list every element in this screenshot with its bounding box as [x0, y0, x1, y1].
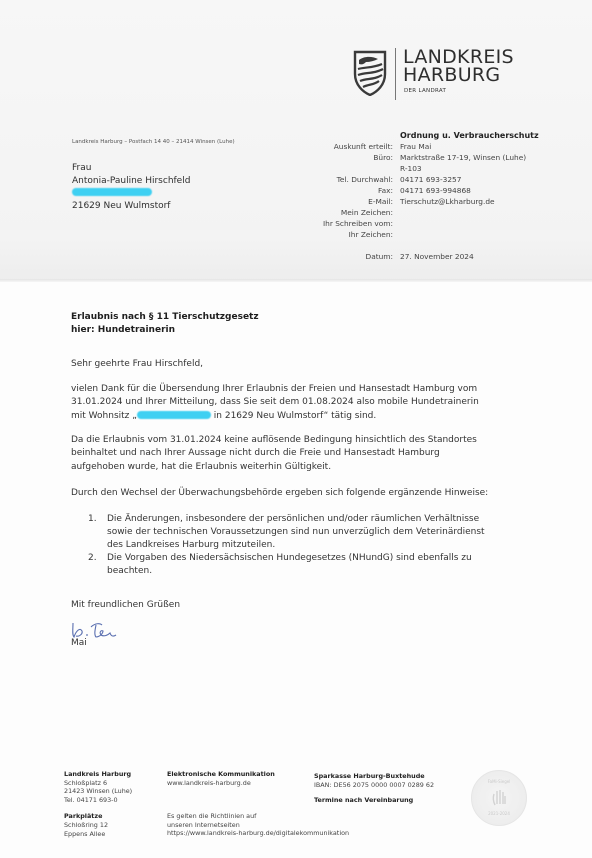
recipient-name: Antonia-Pauline Hirschfeld	[72, 176, 190, 186]
paragraph-1: vielen Dank für die Übersendung Ihrer Er…	[71, 383, 591, 423]
notes-list: 1. Die Änderungen, insbesondere der pers…	[88, 513, 588, 578]
info-row: E-Mail:Tierschutz@Lkharburg.de	[230, 197, 592, 206]
greeting: Sehr geehrte Frau Hirschfeld,	[71, 358, 203, 371]
info-label: Tel. Durchwahl:	[230, 175, 393, 184]
digital-communication-link[interactable]: https://www.landkreis-harburg.de/digital…	[167, 829, 349, 838]
footer-address-column: Landkreis Harburg Schloßplatz 6 21423 Wi…	[64, 770, 132, 838]
info-label: Auskunft erteilt:	[230, 142, 393, 151]
info-row: Auskunft erteilt:Frau Mai	[230, 142, 592, 151]
info-row: Büro:Marktstraße 17-19, Winsen (Luhe)	[230, 153, 592, 162]
redacted-address	[137, 411, 211, 419]
paragraph-3: Durch den Wechsel der Überwachungsbehörd…	[71, 487, 488, 500]
footer-bank-column: Sparkasse Harburg-Buxtehude IBAN: DE56 2…	[314, 772, 434, 805]
subject-line: Erlaubnis nach § 11 Tierschutzgesetz	[71, 312, 259, 322]
department-name: Ordnung u. Verbraucherschutz	[400, 131, 539, 140]
subject-subline: hier: Hundetrainerin	[71, 325, 175, 335]
info-row: Ihr Zeichen:	[230, 230, 592, 239]
logo-text-harburg: HARBURG	[403, 66, 500, 85]
paragraph-line: aufgehoben wurde, hat die Erlaubnis weit…	[71, 461, 591, 474]
info-label: Mein Zeichen:	[230, 208, 393, 217]
info-row: Fax:04171 693-994868	[230, 186, 592, 195]
info-value: 04171 693-994868	[400, 186, 471, 195]
hand-icon	[491, 788, 507, 806]
paragraph-line: beinhaltet und nach Ihrer Aussage nicht …	[71, 447, 591, 460]
closing: Mit freundlichen Grüßen	[71, 599, 180, 612]
list-item: 1. Die Änderungen, insbesondere der pers…	[88, 513, 588, 552]
date-label: Datum:	[230, 252, 393, 261]
info-row: R-103	[230, 164, 592, 173]
paragraph-line: Da die Erlaubnis vom 31.01.2024 keine au…	[71, 434, 591, 447]
info-value: Marktstraße 17-19, Winsen (Luhe)	[400, 153, 526, 162]
info-value: 04171 693-3257	[400, 175, 461, 184]
info-label: E-Mail:	[230, 197, 393, 206]
signer-name: Mai	[71, 637, 87, 650]
list-number: 1.	[88, 513, 97, 526]
paragraph-line: mit Wohnsitz „ in 21629 Neu Wulmstorf“ t…	[71, 410, 591, 423]
date-row: Datum:27. November 2024	[230, 252, 592, 261]
list-number: 2.	[88, 552, 97, 565]
info-label: Büro:	[230, 153, 393, 162]
info-value: R-103	[400, 164, 422, 173]
sender-return-address: Landkreis Harburg – Postfach 14 40 – 214…	[72, 139, 235, 145]
list-item: 2. Die Vorgaben des Niedersächsischen Hu…	[88, 552, 588, 578]
info-row: Ihr Schreiben vom:	[230, 219, 592, 228]
info-label: Ihr Schreiben vom:	[230, 219, 393, 228]
date-value: 27. November 2024	[400, 252, 474, 261]
landkreis-logo: LANDKREIS HARBURG DER LANDRAT	[352, 46, 522, 102]
paragraph-line: 31.01.2024 und Ihrer Mitteilung, dass Si…	[71, 396, 591, 409]
info-label: Fax:	[230, 186, 393, 195]
info-value: Frau Mai	[400, 142, 431, 151]
family-seal-badge: FaMi-Siegel 2021-2024	[471, 770, 527, 826]
logo-subtitle: DER LANDRAT	[404, 88, 446, 94]
logo-divider	[395, 48, 396, 100]
recipient-city: 21629 Neu Wulmstorf	[72, 201, 170, 211]
paragraph-line: vielen Dank für die Übersendung Ihrer Er…	[71, 383, 591, 396]
info-row: Tel. Durchwahl:04171 693-3257	[230, 175, 592, 184]
redacted-street	[72, 188, 152, 196]
paragraph-2: Da die Erlaubnis vom 31.01.2024 keine au…	[71, 434, 591, 474]
recipient-salutation: Frau	[72, 163, 91, 173]
lion-shield-icon	[352, 50, 388, 96]
info-label: Ihr Zeichen:	[230, 230, 393, 239]
info-email: Tierschutz@Lkharburg.de	[400, 197, 495, 206]
info-row: Mein Zeichen:	[230, 208, 592, 217]
